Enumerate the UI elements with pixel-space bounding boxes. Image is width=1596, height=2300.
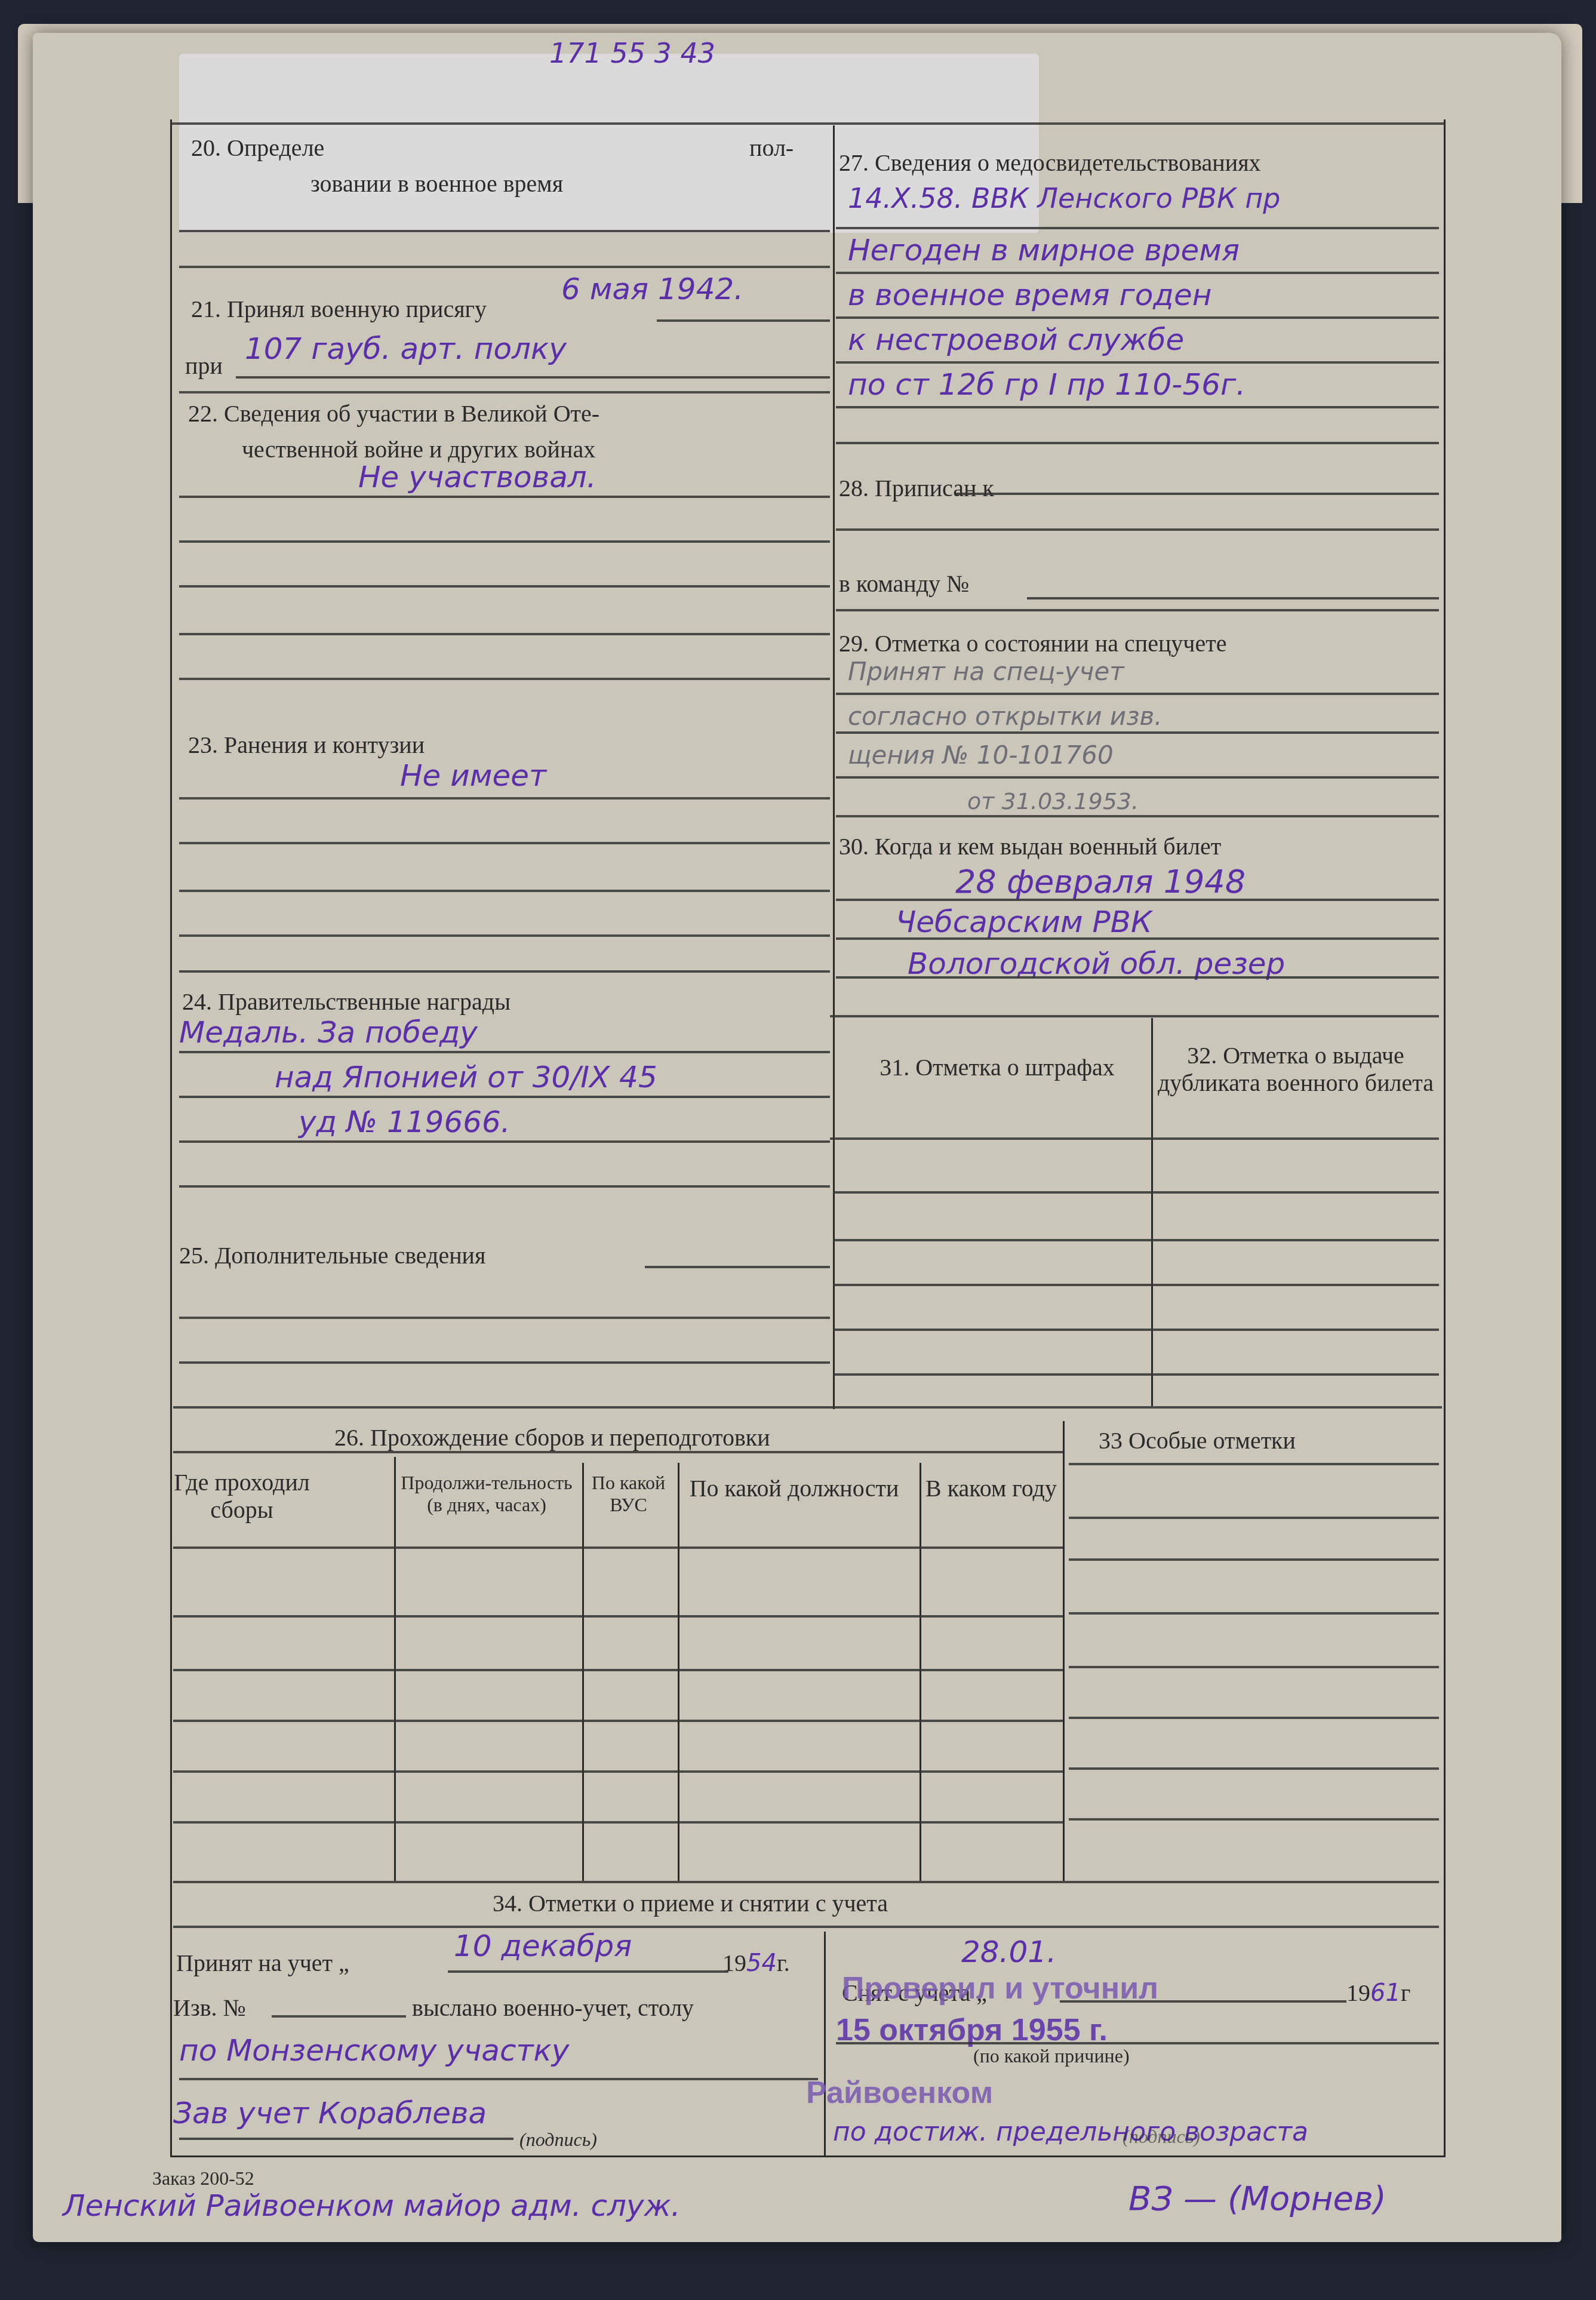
rule [1069,1818,1439,1821]
rule [833,1239,1439,1241]
field-24-value-2: над Японией от 30/IX 45 [275,1060,657,1094]
rule [645,1266,830,1268]
rule [955,493,1439,495]
year-prefix: 19 [722,1950,746,1976]
rule [179,230,830,232]
rule [1069,1666,1439,1668]
top-note: 171 55 3 43 [549,37,715,69]
rule [179,585,830,588]
col-header-position: По какой должности [681,1475,908,1502]
rule [179,934,830,937]
rule [179,2078,818,2080]
accepted-date: 10 декабря [454,1929,632,1963]
rule [179,2138,513,2140]
col-header-year: В каком году [922,1475,1060,1502]
field-23-label: 23. Ранения и контузии [188,731,425,759]
rule [836,227,1439,229]
rule [836,272,1439,274]
rule [179,970,830,973]
rule [836,2042,1439,2044]
field-22-value: Не участвовал. [358,460,596,494]
field-20-label-b: пол- [749,134,794,162]
rule [179,496,830,498]
year-value: 54 [746,1950,777,1977]
rule [179,890,830,892]
field-29-line-4: от 31.03.1953. [967,788,1139,814]
field-24-value-3: уд № 119666. [299,1105,511,1139]
rule [179,1096,830,1098]
field-28-team-label: в команду № [839,570,969,598]
rule [830,1015,1439,1017]
year-prefix: 19 [1346,1979,1370,2006]
rule [836,937,1439,940]
rule [448,1970,728,1973]
rule [836,406,1439,408]
rule [173,1881,1439,1883]
field-22-label-1: 22. Сведения об участии в Великой Оте- [188,400,599,428]
year-suffix: г. [777,1950,790,1976]
order-number: Заказ 200-52 [152,2167,254,2190]
field-30-line-2: Чебсарским РВК [896,905,1152,939]
rule [173,1926,1439,1928]
rule [1069,1558,1439,1561]
rule [836,316,1439,319]
rule [1069,1767,1439,1770]
accepted-year: 1954г. [722,1950,790,1977]
rule [830,1137,1439,1140]
bottom-signature: ВЗ — (Морнев) [1128,2179,1386,2218]
rule [179,797,830,800]
sent-label: выслано военно-учет, столу [412,1994,694,2022]
field-24-value-1: Медаль. За победу [179,1015,478,1050]
table-row [173,1669,1063,1671]
field-26-title: 26. Прохождение сборов и переподготовки [334,1424,770,1452]
stamp-office: Райвоенком [806,2075,993,2111]
field-30-label: 30. Когда и кем выдан военный билет [839,833,1221,860]
table-row [173,1821,1063,1824]
field-25-label: 25. Дополнительные сведения [179,1242,485,1269]
rule [1069,1717,1439,1719]
rule [657,319,830,322]
rule [836,899,1439,901]
rule [836,976,1439,979]
removed-year: 1961г [1346,1979,1410,2007]
accepted-label: Принят на учет „ [176,1950,349,1977]
signature-label: (подпись) [519,2129,597,2151]
field-23-value: Не имеет [400,758,546,793]
column-divider [824,1932,826,2156]
notice-label: Изв. № [173,1994,246,2022]
field-29-line-1: Принят на спец-учет [848,657,1124,686]
rule [179,1140,830,1143]
year-suffix: г [1401,1979,1410,2006]
rule [179,678,830,680]
rule [179,391,830,393]
rule [836,776,1439,779]
field-20-label-a: 20. Определе [191,134,324,162]
table-row [173,1770,1063,1773]
rule [833,1191,1439,1194]
rule [179,1185,830,1188]
rule [1069,1517,1439,1519]
field-32-label: 32. Отметка о выдаче дубликата военного … [1155,1042,1436,1097]
field-27-line-4: к нестроевой службе [848,322,1184,357]
rule [179,540,830,543]
stamp-checked: Проверил и уточнил [842,1970,1158,2006]
rule [272,2015,406,2018]
field-31-label: 31. Отметка о штрафах [860,1054,1134,1081]
rule [836,731,1439,734]
column-divider [833,125,835,1409]
rule [836,693,1439,695]
field-24-label: 24. Правительственные награды [182,988,511,1016]
removed-day: 28.01. [961,1935,1056,1969]
field-27-line-2: Негоден в мирное время [848,233,1240,267]
field-30-line-1: 28 февраля 1948 [955,863,1246,900]
rule [833,1373,1439,1376]
rule [836,528,1439,531]
field-27-label: 27. Сведения о медосвидетельствованиях [839,149,1261,177]
rule [1069,1612,1439,1615]
rule [836,815,1439,817]
field-27-line-3: в военное время годен [848,278,1211,312]
column-divider [678,1463,679,1881]
field-28-label: 28. Приписан к [839,475,994,502]
rule [179,266,830,268]
column-divider [1063,1421,1065,1881]
rule [236,376,830,379]
field-33-label: 33 Особые отметки [1099,1427,1296,1455]
rule [173,1406,1442,1409]
rule [179,1361,830,1364]
field-21-unit: 107 гауб. арт. полку [245,331,567,366]
rule [1069,1463,1439,1465]
column-divider [582,1463,584,1881]
field-29-label: 29. Отметка о состоянии на спецучете [839,630,1226,657]
col-header-where: Где проходил сборы [167,1469,316,1524]
table-row [173,1720,1063,1722]
rule [173,1451,1063,1453]
rule [179,633,830,635]
field-29-line-3: щения № 10-101760 [848,740,1114,770]
year-value: 61 [1370,1979,1401,2007]
rule [179,1317,830,1319]
field-27-line-1: 14.X.58. ВВК Ленского РВК пр [848,182,1280,214]
column-divider [1151,1018,1153,1406]
field-21-at-label: при [185,352,223,380]
rule [836,361,1439,364]
col-header-duration: Продолжи-тельность (в днях, часах) [394,1472,579,1516]
rule [833,1284,1439,1286]
rule [836,609,1439,611]
field-20-label-c: зовании в военное время [310,170,563,198]
reason-label: (по какой причине) [973,2045,1130,2067]
signature-label-2: (подпись) [1123,2126,1200,2148]
field-29-line-2: согласно открытки изв. [848,702,1163,731]
rule [833,1329,1439,1331]
rule [836,442,1439,444]
divider [170,122,1445,125]
col-header-vus: По какой ВУС [582,1472,675,1516]
field-21-label: 21. Принял военную присягу [191,296,487,323]
table-row [173,1615,1063,1618]
rule [179,1051,830,1053]
sent-value: по Монзенскому участку [179,2033,569,2068]
rule [179,842,830,844]
field-21-date: 6 мая 1942. [561,272,743,306]
column-divider [920,1463,921,1881]
signature-value: Зав учет Кораблева [173,2096,487,2130]
field-34-title: 34. Отметки о приеме и снятии с учета [493,1890,888,1917]
bottom-note: Ленский Райвоенком майор адм. служ. [63,2188,681,2223]
rule [1027,597,1439,599]
field-27-line-5: по ст 12б гр I пр 110-56г. [848,367,1246,402]
rule [173,1546,1063,1549]
